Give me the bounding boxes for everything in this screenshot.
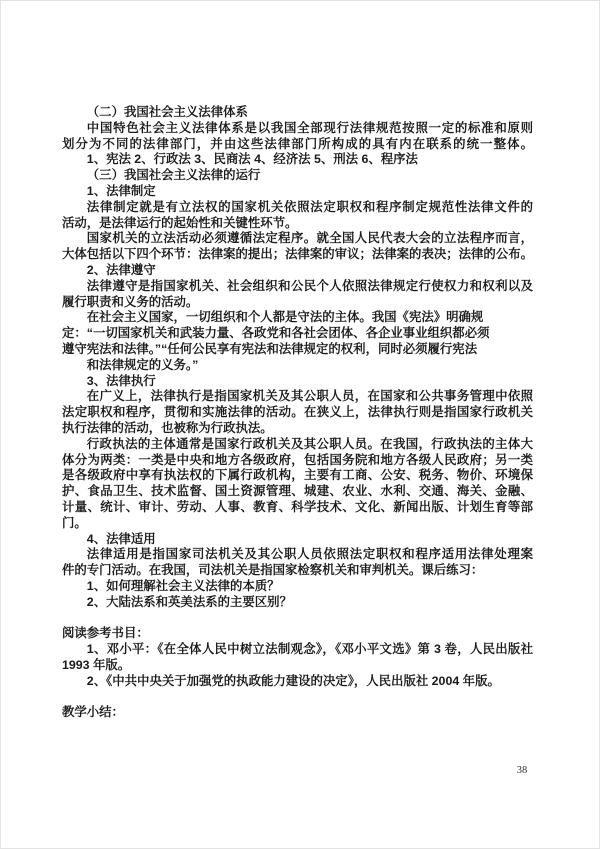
paragraph-line: 件的专门活动。在我国，司法机关是指国家检察机关和审判机关。课后练习：: [62, 563, 533, 579]
paragraph-line: 国家机关的立法活动必须遵循法定程序。就全国人民代表大会的立法程序而言，: [62, 231, 533, 247]
paragraph-line: 履行职责和义务的活动。: [62, 295, 533, 311]
paragraph-line: 遵守宪法和法律。”“任何公民享有宪法和法律规定的权利，同时必须履行宪法: [62, 342, 533, 358]
paragraph-line: 是各级政府中享有执法权的下属行政机构，主要有工商、公安、税务、物价、环境保: [62, 468, 533, 484]
blank-line: [62, 689, 533, 705]
exercise-question-1: 1、如何理解社会主义法律的本质？: [62, 579, 533, 595]
paragraph-line: 门。: [62, 516, 533, 532]
reading-list-item-1-continued: 1993 年版。: [62, 658, 533, 674]
reading-list-item-1: 1、邓小平：《在全体人民中树立法制观念》，《邓小平文选》第 3 卷，人民出版社: [62, 642, 533, 658]
paragraph-line: 法定职权和程序，贯彻和实施法律的活动。在狭义上，法律执行则是指国家行政机关: [62, 405, 533, 421]
paragraph-line: 大体包括以下四个环节：法律案的提出；法律案的审议；法律案的表决；法律的公布。: [62, 247, 533, 263]
reading-list-item-2: 2、《中共中央关于加强党的执政能力建设的决定》，人民出版社 2004 年版。: [62, 674, 533, 690]
paragraph-line: 护、食品卫生、技术监督、国土资源管理、城建、农业、水利、交通、海关、金融、: [62, 484, 533, 500]
document-page: （二）我国社会主义法律体系中国特色社会主义法律体系是以我国全部现行法律规范按照一…: [0, 0, 600, 849]
paragraph-line: 行政执法的主体通常是国家行政机关及其公职人员。在我国，行政执法的主体大: [62, 437, 533, 453]
paragraph-line: 执行法律的活动，也被称为行政执法。: [62, 421, 533, 437]
heading-item-4: 4、法律适用: [62, 532, 533, 548]
paragraph-line: 和法律规定的义务。”: [62, 358, 533, 374]
heading-item-3: 3、法律执行: [62, 374, 533, 390]
heading-item-1: 1、法律制定: [62, 184, 533, 200]
paragraph-line: 体分为两类：一类是中央和地方各级政府，包括国务院和地方各级人民政府；另一类: [62, 453, 533, 469]
paragraph-line: 计量、统计、审计、劳动、人事、教育、科学技术、文化、新闻出版、计划生育等部: [62, 500, 533, 516]
exercise-question-2: 2、大陆法系和英美法系的主要区别？: [62, 595, 533, 611]
text-block: （二）我国社会主义法律体系中国特色社会主义法律体系是以我国全部现行法律规范按照一…: [62, 105, 533, 721]
heading-item-2: 2、法律遵守: [62, 263, 533, 279]
paragraph-line: 法律制定就是有立法权的国家机关依照法定职权和程序制定规范性法律文件的: [62, 200, 533, 216]
page-number: 38: [507, 765, 537, 776]
blank-line: [62, 611, 533, 627]
paragraph-line: 在广义上，法律执行是指国家机关及其公职人员，在国家和公共事务管理中依照: [62, 389, 533, 405]
reading-list-heading: 阅读参考书目：: [62, 626, 533, 642]
paragraph-line: 中国特色社会主义法律体系是以我国全部现行法律规范按照一定的标准和原则: [62, 121, 533, 137]
paragraph-line: 法律遵守是指国家机关、社会组织和公民个人依照法律规定行使权力和权利以及: [62, 279, 533, 295]
paragraph-line: 定：“一切国家机关和武装力量、各政党和各社会团体、各企业事业组织都必须: [62, 326, 533, 342]
law-categories-line: 1、宪法 2、行政法 3、民商法 4、经济法 5、刑法 6、程序法: [62, 152, 533, 168]
heading-section-2: （二）我国社会主义法律体系: [62, 105, 533, 121]
teaching-summary-heading: 教学小结：: [62, 705, 533, 721]
paragraph-line: 法律适用是指国家司法机关及其公职人员依照法定职权和程序适用法律处理案: [62, 547, 533, 563]
paragraph-line: 在社会主义国家，一切组织和个人都是守法的主体。我国《宪法》明确规: [62, 310, 533, 326]
paragraph-line: 划分为不同的法律部门，并由这些法律部门所构成的具有内在联系的统一整体。: [62, 137, 533, 153]
paragraph-line: 活动，是法律运行的起始性和关键性环节。: [62, 216, 533, 232]
heading-section-3: （三）我国社会主义法律的运行: [62, 168, 533, 184]
